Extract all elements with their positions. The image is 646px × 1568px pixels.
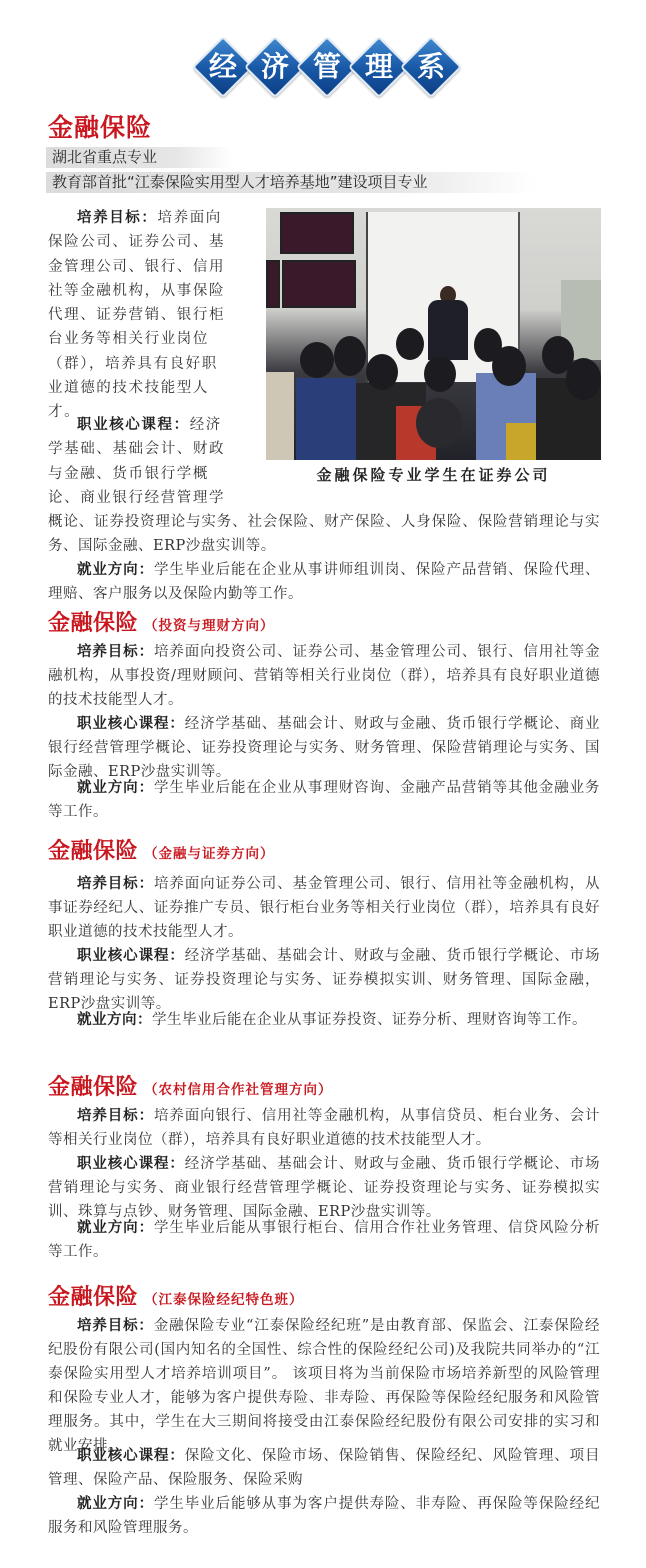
section-heading: 金融保险	[48, 1280, 138, 1311]
banner-char: 管	[313, 53, 341, 81]
banner-char: 系	[417, 53, 445, 81]
section-heading: 金融保险	[48, 1070, 138, 1101]
intro-career-paragraph: 就业方向：学生毕业后能在企业从事讲师组训岗、保险产品营销、保险代理、理赔、客户服…	[48, 558, 600, 606]
section-courses: 职业核心课程：经济学基础、基础会计、财政与金融、货币银行学概论、市场营销理论与实…	[48, 944, 600, 1016]
banner-diamond: 经	[193, 37, 253, 97]
tag-base-project: 教育部首批“江泰保险实用型人才培养基地”建设项目专业	[46, 172, 536, 193]
section-courses: 职业核心课程：经济学基础、基础会计、财政与金融、货币银行学概论、市场营销理论与实…	[48, 1152, 600, 1224]
section-goal: 培养目标：培养面向证券公司、基金管理公司、银行、信用社等金融机构，从事证券经纪人…	[48, 872, 600, 944]
section-courses: 职业核心课程：保险文化、保险市场、保险销售、保险经纪、风险管理、项目管理、保险产…	[48, 1444, 600, 1492]
department-banner: 经 济 管 理 系	[193, 36, 453, 98]
courses-label: 职业核心课程：	[77, 417, 190, 433]
career-label: 就业方向：	[77, 562, 154, 578]
section-courses: 职业核心课程：经济学基础、基础会计、财政与金融、货币银行学概论、商业银行经营管理…	[48, 712, 600, 784]
banner-diamond: 系	[401, 37, 461, 97]
classroom-photo	[266, 208, 601, 460]
section-title-investment: 金融保险 （投资与理财方向）	[48, 606, 275, 637]
banner-char: 济	[261, 53, 289, 81]
section-goal: 培养目标：培养面向银行、信用社等金融机构，从事信贷员、柜台业务、会计等相关行业岗…	[48, 1104, 600, 1152]
section-subtitle: （金融与证券方向）	[144, 842, 275, 862]
section-title-securities: 金融保险 （金融与证券方向）	[48, 834, 275, 865]
banner-diamond: 济	[245, 37, 305, 97]
tag-key-major: 湖北省重点专业	[46, 147, 232, 168]
section-career: 就业方向：学生毕业后能从事银行柜台、信用合作社业务管理、信贷风险分析等工作。	[48, 1216, 600, 1264]
section-title-rural-credit: 金融保险 （农村信用合作社管理方向）	[48, 1070, 333, 1101]
major-title: 金融保险	[48, 108, 152, 144]
section-career: 就业方向：学生毕业后能在企业从事理财咨询、金融产品营销等其他金融业务等工作。	[48, 776, 600, 824]
photo-caption: 金融保险专业学生在证券公司	[266, 464, 601, 485]
section-subtitle: （江泰保险经纪特色班）	[144, 1288, 304, 1308]
section-heading: 金融保险	[48, 834, 138, 865]
intro-courses-continued: 概论、证券投资理论与实务、社会保险、财产保险、人身保险、保险营销理论与实务、国际…	[48, 510, 600, 558]
section-goal: 培养目标：金融保险专业“江泰保险经纪班”是由教育部、保监会、江泰保险经纪股份有限…	[48, 1314, 600, 1458]
section-heading: 金融保险	[48, 606, 138, 637]
section-subtitle: （投资与理财方向）	[144, 614, 275, 634]
section-career: 就业方向：学生毕业后能在企业从事证券投资、证券分析、理财咨询等工作。	[48, 1008, 600, 1032]
goal-label: 培养目标：	[77, 210, 158, 226]
banner-char: 理	[365, 53, 393, 81]
section-subtitle: （农村信用合作社管理方向）	[144, 1078, 333, 1098]
section-career: 就业方向：学生毕业后能够从事为客户提供寿险、非寿险、再保险等保险经纪服务和风险管…	[48, 1492, 600, 1540]
intro-courses-paragraph: 职业核心课程：经济 学基础、基础会计、财政 与金融、货币银行学概 论、商业银行经…	[48, 413, 258, 510]
intro-goal-paragraph: 培养目标：培养面向 保险公司、证券公司、基 金管理公司、银行、信用 社等金融机构…	[48, 206, 258, 425]
section-title-jiangtai-class: 金融保险 （江泰保险经纪特色班）	[48, 1280, 304, 1311]
banner-diamond: 理	[349, 37, 409, 97]
banner-char: 经	[209, 53, 237, 81]
section-goal: 培养目标：培养面向投资公司、证券公司、基金管理公司、银行、信用社等金融机构，从事…	[48, 640, 600, 712]
banner-diamond: 管	[297, 37, 357, 97]
